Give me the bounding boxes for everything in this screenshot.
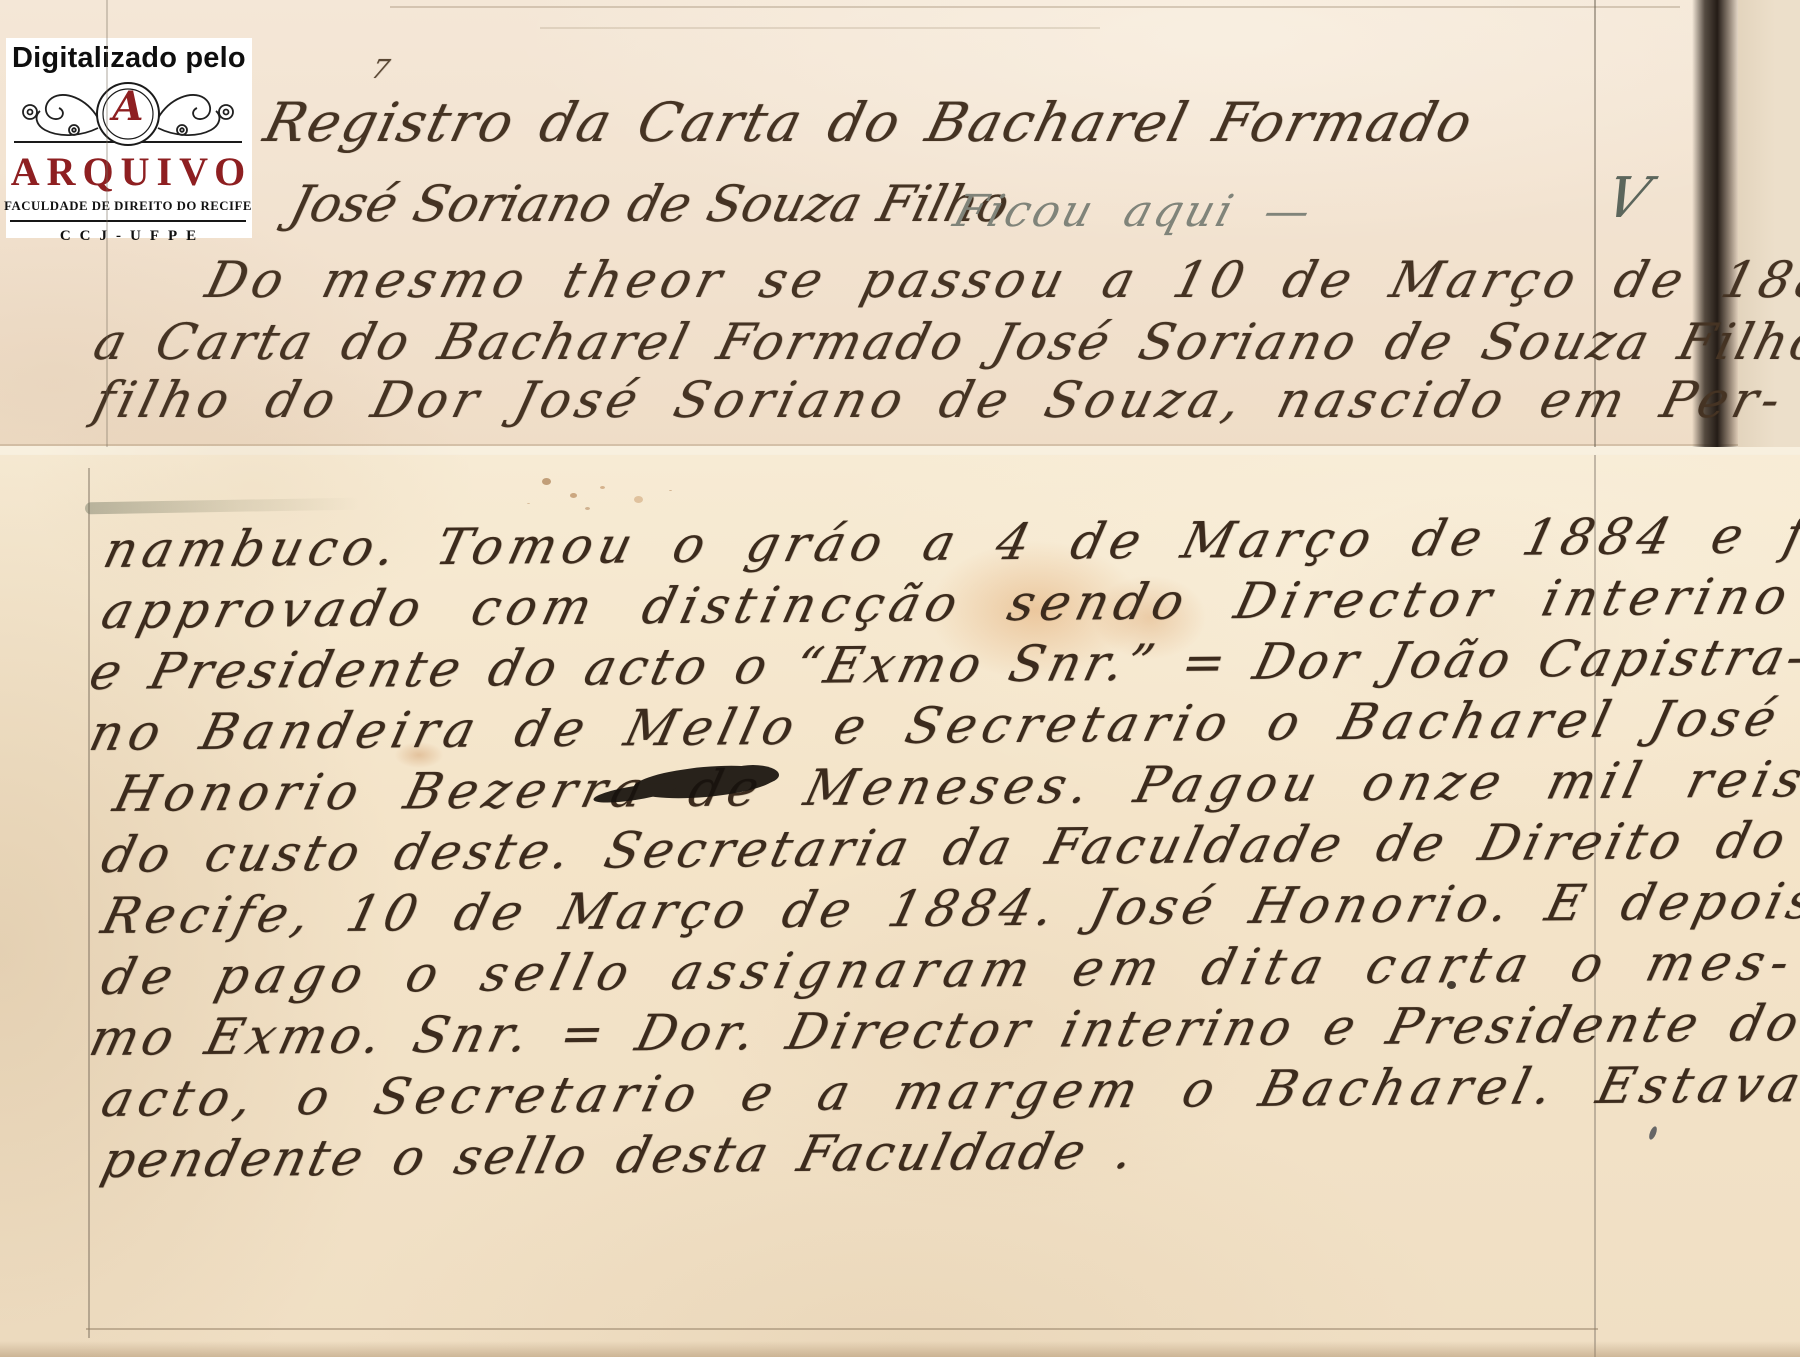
digitized-by-label: Digitalizado pelo <box>12 42 246 75</box>
foxing-specks <box>542 478 551 485</box>
margin-rule-left-bottom <box>88 468 90 1338</box>
manuscript-line: Do mesmo theor se passou a 10 de Março d… <box>200 252 1800 310</box>
manuscript-line: pendente o sello desta Faculdade . <box>96 1123 1142 1189</box>
ruled-line-top-faint <box>540 27 1100 29</box>
ruled-line-top <box>390 6 1680 8</box>
pencil-annotation: Ficou aqui — <box>948 186 1319 237</box>
logo-name: ARQUIVO <box>4 151 253 193</box>
manuscript-heading-line-1: Registro da Carta do Bacharel Formado <box>258 92 1480 154</box>
margin-rule-left-top <box>106 0 108 447</box>
manuscript-line: a Carta do Bacharel Formado José Soriano… <box>88 314 1800 372</box>
page-bottom-edge <box>0 1341 1800 1357</box>
logo-monogram: A <box>10 87 246 127</box>
manuscript-line: filho do Dor José Soriano de Souza, nasc… <box>88 372 1791 430</box>
logo-divider <box>10 220 246 222</box>
ink-blot <box>583 757 783 809</box>
footer-rule <box>86 1328 1598 1330</box>
logo-unit: CCJ-UFPE <box>51 228 205 245</box>
ink-blot-shape <box>583 757 783 809</box>
manuscript-heading-line-2: José Soriano de Souza Filho <box>284 176 1015 234</box>
logo-subtitle: FACULDADE DE DIREITO DO RECIFE <box>4 199 252 214</box>
archive-logo: A ARQUIVO FACULDADE DE DIREITO DO RECIFE… <box>10 78 246 245</box>
